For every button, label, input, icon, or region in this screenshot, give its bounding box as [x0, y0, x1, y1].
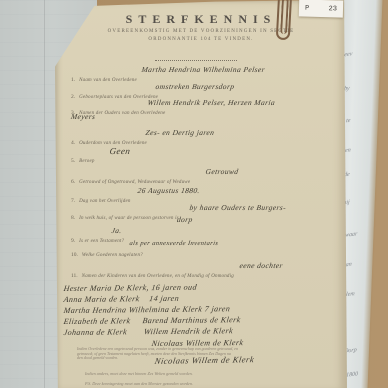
- signature-handwritten: Nicolaas Willem de Klerk: [154, 354, 255, 366]
- field-occupation: 5. Beroep Geen: [71, 149, 341, 167]
- field-answer-handwritten: Zes- en Dertig jaren: [145, 128, 215, 137]
- paper-crease: [44, 0, 45, 388]
- field-label: Naam van den Overledene: [79, 78, 137, 83]
- field-number: 5.: [71, 158, 75, 164]
- field-number: 10.: [71, 252, 78, 258]
- field-number: 8.: [71, 215, 75, 221]
- field-label: Beroep: [79, 159, 94, 164]
- field-label: Namen der Kinderen van den Overledene, e…: [82, 274, 234, 279]
- field-goods-left: 10. Welke Goederen nagelaten? als per an…: [71, 243, 341, 261]
- field-number: 1.: [71, 77, 75, 83]
- form-subtitle-line2: ORDONNANTIE 104 TE VINDEN.: [55, 37, 347, 42]
- tag-letter: P: [305, 4, 309, 12]
- archive-label-tag: P 23: [299, 0, 343, 18]
- field-marital-status: 6. Getrouwd of Ongetrouwd, Weduwenaar of…: [71, 170, 341, 188]
- field-answer-continued: dorp: [176, 215, 193, 224]
- paper-clip-icon: [276, 0, 295, 42]
- field-answer-handwritten: by haare Ouders te Burgers-: [189, 203, 287, 212]
- tag-number: 23: [328, 5, 337, 13]
- field-parents-names: 3. Namen der Ouders van den Overledene W…: [71, 101, 341, 119]
- handwriting-fragment: te: [346, 118, 351, 125]
- field-label: Getrouwd of Ongetrouwd, Weduwenaar of We…: [79, 180, 190, 185]
- dotted-divider: [155, 60, 237, 61]
- death-notice-form: STERFKENNIS OVEREENKOMSTIG MET DE VOORZI…: [55, 0, 347, 388]
- children-list-handwritten: Hester Maria De Klerk, 16 jaren oud Anna…: [63, 283, 343, 349]
- field-label: In welk huis, of waar de persoon gestorv…: [79, 216, 179, 221]
- form-subtitle-line1: OVEREENKOMSTIG MET DE VOORZIENINGEN IN S…: [55, 29, 347, 34]
- field-answer-handwritten: Martha Hendrina Wilhelmina Pelser: [141, 65, 266, 74]
- field-place-of-death: 8. In welk huis, of waar de persoon gest…: [71, 206, 341, 224]
- field-label: Geboorteplaats van den Overledene: [79, 95, 158, 100]
- field-answer-handwritten: 26 Augustus 1880.: [137, 186, 201, 195]
- field-number: 7.: [71, 198, 75, 204]
- field-number: 6.: [71, 179, 75, 185]
- field-answer-handwritten: Getrouwd: [205, 167, 239, 176]
- field-children-names: 11. Namen der Kinderen van den Overleden…: [71, 264, 341, 282]
- field-label: Dag van het Overlijden: [79, 199, 130, 204]
- field-answer-handwritten: omstreken Burgersdorp: [155, 82, 235, 91]
- field-label: Welke Goederen nagelaten?: [82, 253, 143, 258]
- handwriting-fragment: 1800: [346, 371, 358, 378]
- photo-of-death-notice-document: Geev by te illen de mij waar van Willem …: [0, 0, 388, 388]
- fineprint-ps-line: P.S. Deze kennisgeving moet aan den Mees…: [85, 381, 193, 386]
- field-answer-continued: Meyers: [70, 112, 96, 121]
- field-number: 11.: [71, 273, 78, 279]
- field-answer-handwritten: Ja.: [111, 226, 122, 235]
- field-number: 2.: [71, 94, 75, 100]
- field-answer-handwritten: Willem Hendrik Pelser, Herzen Maria: [147, 98, 276, 107]
- field-answer-handwritten: als per annexeerde Inventaris: [129, 240, 219, 247]
- field-number: 4.: [71, 140, 75, 146]
- field-answer-handwritten: eene dochter: [239, 261, 284, 270]
- fineprint-footnote: Indien anders, moet deze met binnen Zes …: [85, 371, 193, 376]
- field-answer-handwritten: Geen: [109, 146, 131, 156]
